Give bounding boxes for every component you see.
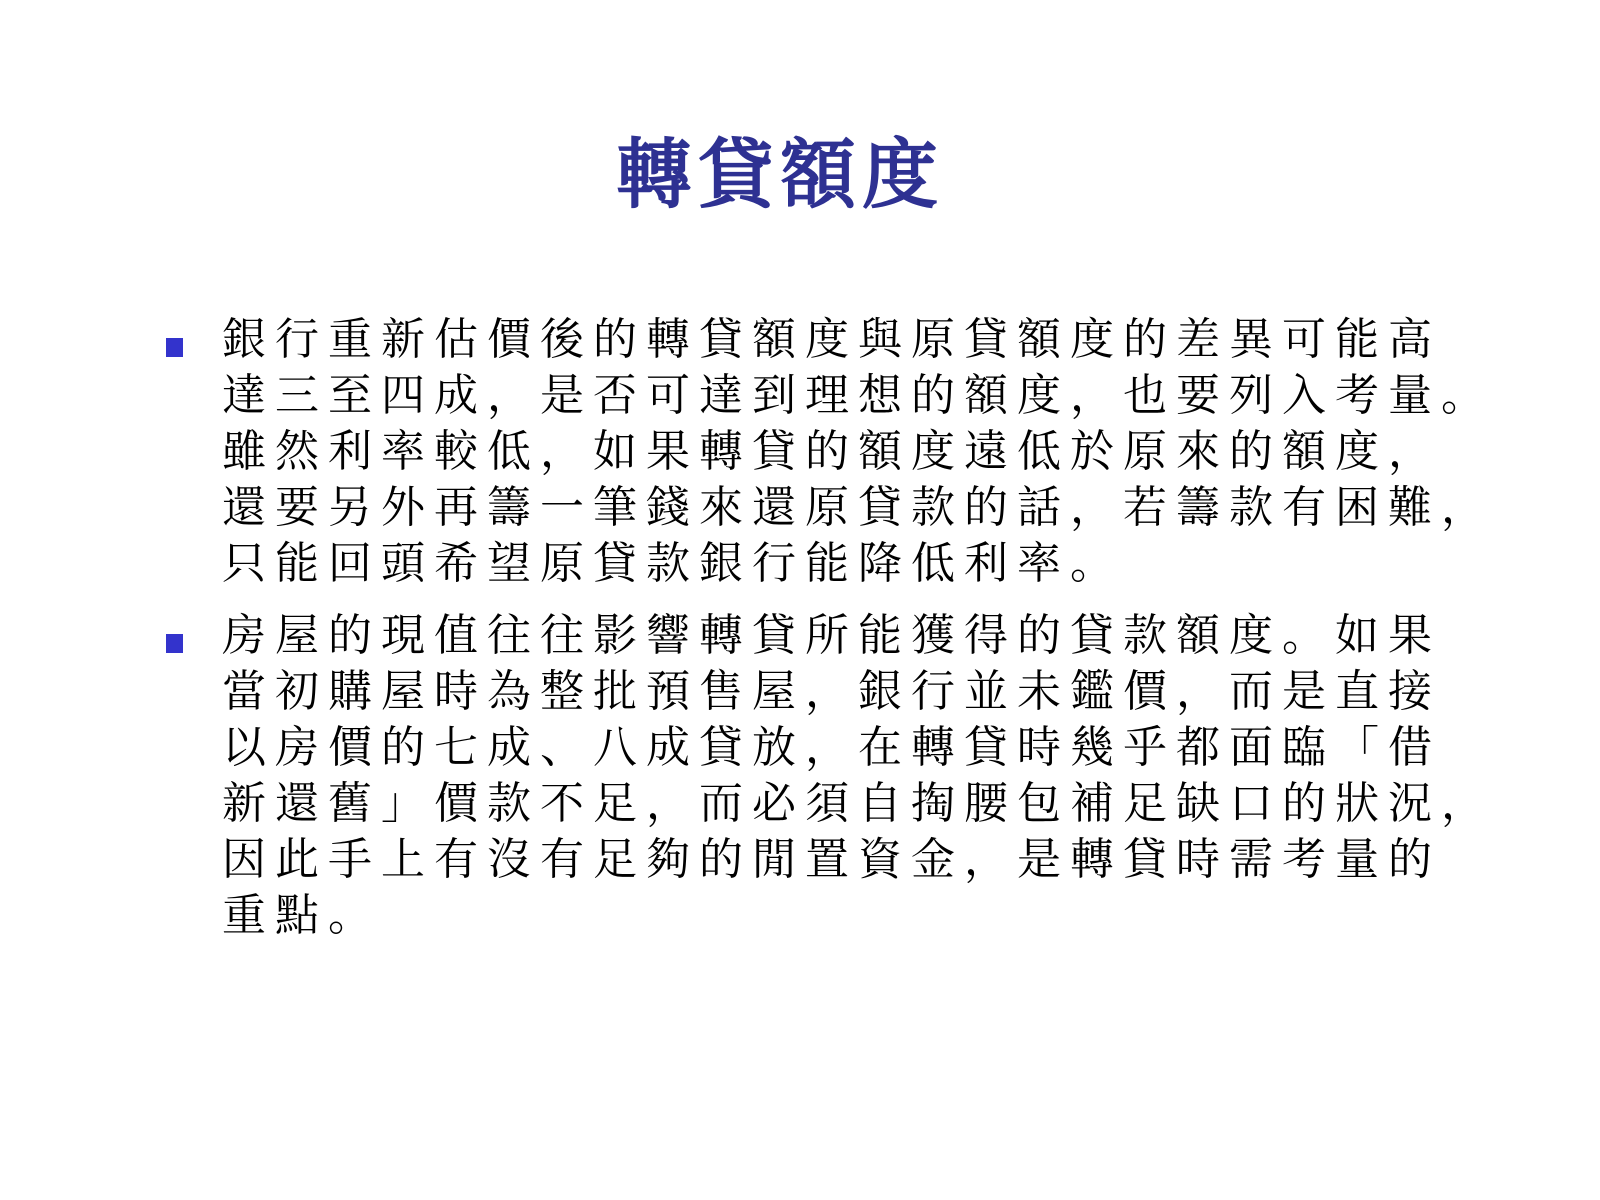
text-line: 還要另外再籌一筆錢來還原貸款的話，若籌款有困難， <box>222 480 1482 536</box>
square-bullet-icon <box>166 338 183 357</box>
text-line: 因此手上有沒有足夠的閒置資金，是轉貸時需考量的 <box>222 832 1482 888</box>
slide: 轉貸額度 銀行重新估價後的轉貸額度與原貸額度的差異可能高 達三至四成，是否可達到… <box>0 0 1600 1200</box>
slide-title: 轉貸額度 <box>0 125 1560 225</box>
text-line: 銀行重新估價後的轉貸額度與原貸額度的差異可能高 <box>222 312 1482 368</box>
text-line: 雖然利率較低，如果轉貸的額度遠低於原來的額度， <box>222 424 1482 480</box>
square-bullet-icon <box>166 634 183 653</box>
text-line: 達三至四成，是否可達到理想的額度，也要列入考量。 <box>222 368 1482 424</box>
bullet-paragraph: 銀行重新估價後的轉貸額度與原貸額度的差異可能高 達三至四成，是否可達到理想的額度… <box>222 312 1482 592</box>
text-line: 重點。 <box>222 888 1482 944</box>
bullet-list: 銀行重新估價後的轉貸額度與原貸額度的差異可能高 達三至四成，是否可達到理想的額度… <box>160 312 1480 960</box>
bullet-paragraph: 房屋的現值往往影響轉貸所能獲得的貸款額度。如果 當初購屋時為整批預售屋，銀行並未… <box>222 608 1482 944</box>
bullet-item: 房屋的現值往往影響轉貸所能獲得的貸款額度。如果 當初購屋時為整批預售屋，銀行並未… <box>160 608 1480 944</box>
text-line: 房屋的現值往往影響轉貸所能獲得的貸款額度。如果 <box>222 608 1482 664</box>
text-line: 只能回頭希望原貸款銀行能降低利率。 <box>222 536 1482 592</box>
bullet-item: 銀行重新估價後的轉貸額度與原貸額度的差異可能高 達三至四成，是否可達到理想的額度… <box>160 312 1480 592</box>
text-line: 當初購屋時為整批預售屋，銀行並未鑑價，而是直接 <box>222 664 1482 720</box>
text-line: 新還舊」價款不足，而必須自掏腰包補足缺口的狀況， <box>222 776 1482 832</box>
text-line: 以房價的七成、八成貸放，在轉貸時幾乎都面臨「借 <box>222 720 1482 776</box>
